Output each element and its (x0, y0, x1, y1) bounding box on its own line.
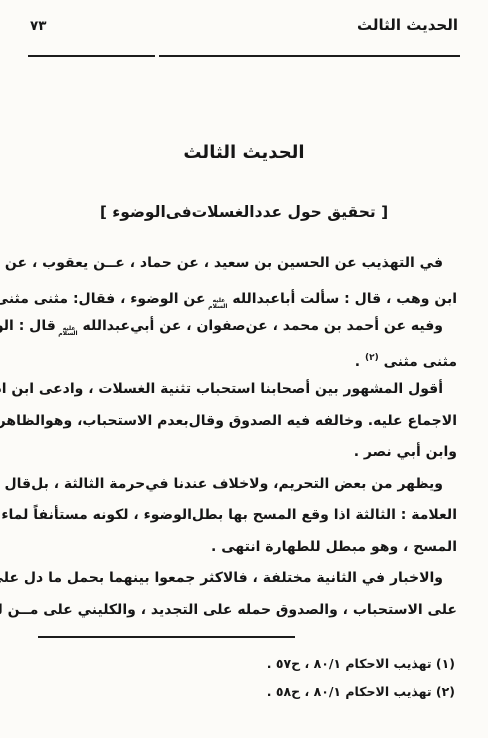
book-page: الحديث الثالث ٧٣ الحديث الثالث [ تحقيق ح… (0, 0, 488, 738)
footnote: (١) تهذيب الاحكام ٨٠/١ ، ح٥٧ . (38, 650, 455, 678)
text-line: الاجماع عليه. وخالفه فيه الصدوق وقال‌بعد… (31, 406, 457, 438)
running-title: الحديث الثالث (357, 16, 458, 34)
honorific-mark: عليه السلام (61, 326, 78, 337)
text-line: والاخبار في الثانية مختلفة ، فالاكثر جمع… (31, 563, 457, 595)
chapter-subtitle: [ تحقيق حول عددالغسلات‌فى‌الوضوء ] (0, 203, 488, 221)
body-text: في التهذيب عن الحسين بن سعيد ، عن حماد ،… (31, 248, 457, 626)
text-line: في التهذيب عن الحسين بن سعيد ، عن حماد ،… (31, 248, 457, 280)
honorific-mark: عليه السلام (210, 298, 227, 309)
text-line: المسح ، وهو مبطل للطهارة انتهى . (31, 532, 457, 564)
text-line: على الاستحباب ، والصدوق حمله على التجديد… (31, 595, 457, 627)
text-line: ابن وهب ، قال : سألت أباعبدالله عليه الس… (31, 280, 457, 312)
text-line: مثنى مثنى (٢) . (31, 343, 457, 375)
text-line: أقول المشهور بين أصحابنا استحباب تثنية ا… (31, 374, 457, 406)
text-line: ويظهر من بعض التحريم، ولاخلاف عندنا في‌ح… (31, 469, 457, 501)
page-number: ٧٣ (30, 18, 46, 34)
text-line: العلامة : الثالثة اذا وقع المسح بها بطل‌… (31, 500, 457, 532)
page-header: الحديث الثالث ٧٣ (30, 16, 458, 34)
text-line: وابن أبي نصر . (31, 437, 457, 469)
header-rule (28, 55, 460, 57)
footnote: (٢) تهذيب الاحكام ٨٠/١ ، ح٥٨ . (38, 678, 455, 706)
footnote-rule (38, 636, 295, 638)
chapter-title: الحديث الثالث (0, 142, 488, 163)
footnote-marker: (٢) (365, 353, 379, 363)
footnotes: (١) تهذيب الاحكام ٨٠/١ ، ح٥٧ .(٢) تهذيب … (38, 650, 455, 706)
text-line: وفيه عن أحمد بن محمد ، عن‌صفوان ، عن أبي… (31, 311, 457, 343)
